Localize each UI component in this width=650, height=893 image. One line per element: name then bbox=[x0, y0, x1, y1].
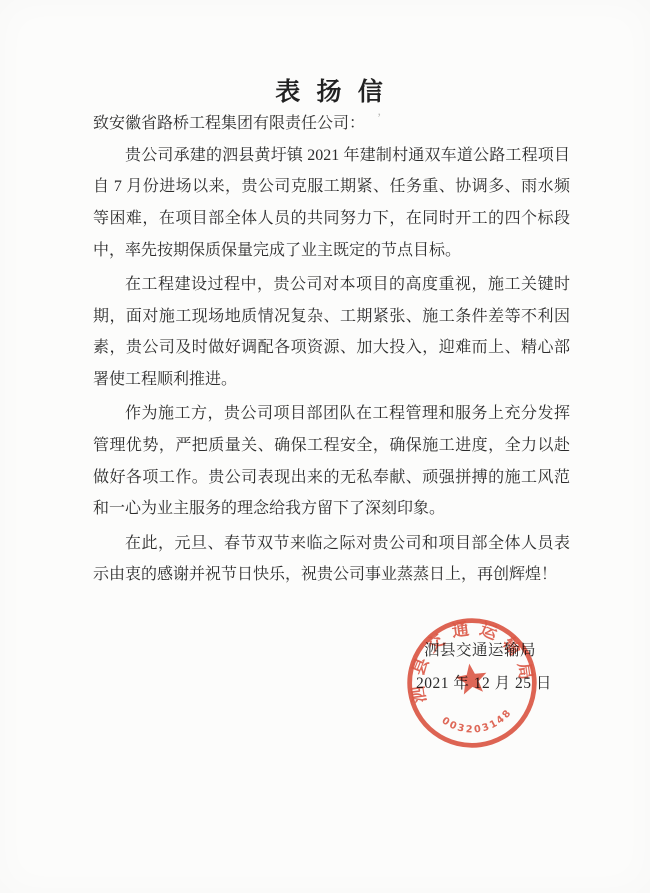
letter-salutation: 致安徽省路桥工程集团有限责任公司： bbox=[93, 108, 570, 140]
official-red-seal: 泗县交通运输局 003203148 bbox=[395, 606, 549, 760]
letter-body: 致安徽省路桥工程集团有限责任公司： 贵公司承建的泗县黄圩镇 2021 年建制村通… bbox=[93, 108, 570, 594]
letter-paragraph-3: 作为施工方，贵公司项目部团队在工程管理和服务上充分发挥管理优势，严把质量关、确保… bbox=[93, 398, 570, 525]
scanned-letter-page: 表 扬 信 ’ 致安徽省路桥工程集团有限责任公司： 贵公司承建的泗县黄圩镇 20… bbox=[0, 0, 650, 893]
letter-paragraph-1: 贵公司承建的泗县黄圩镇 2021 年建制村通双车道公路工程项目自 7 月份进场以… bbox=[93, 140, 570, 267]
letter-paragraph-4: 在此，元旦、春节双节来临之际对贵公司和项目部全体人员表示由衷的感谢并祝节日快乐，… bbox=[93, 528, 570, 591]
letter-title: 表 扬 信 bbox=[93, 72, 570, 108]
seal-star-icon bbox=[454, 661, 489, 695]
letter-paragraph-2: 在工程建设过程中，贵公司对本项目的高度重视，施工关键时期，面对施工现场地质情况复… bbox=[93, 269, 570, 396]
